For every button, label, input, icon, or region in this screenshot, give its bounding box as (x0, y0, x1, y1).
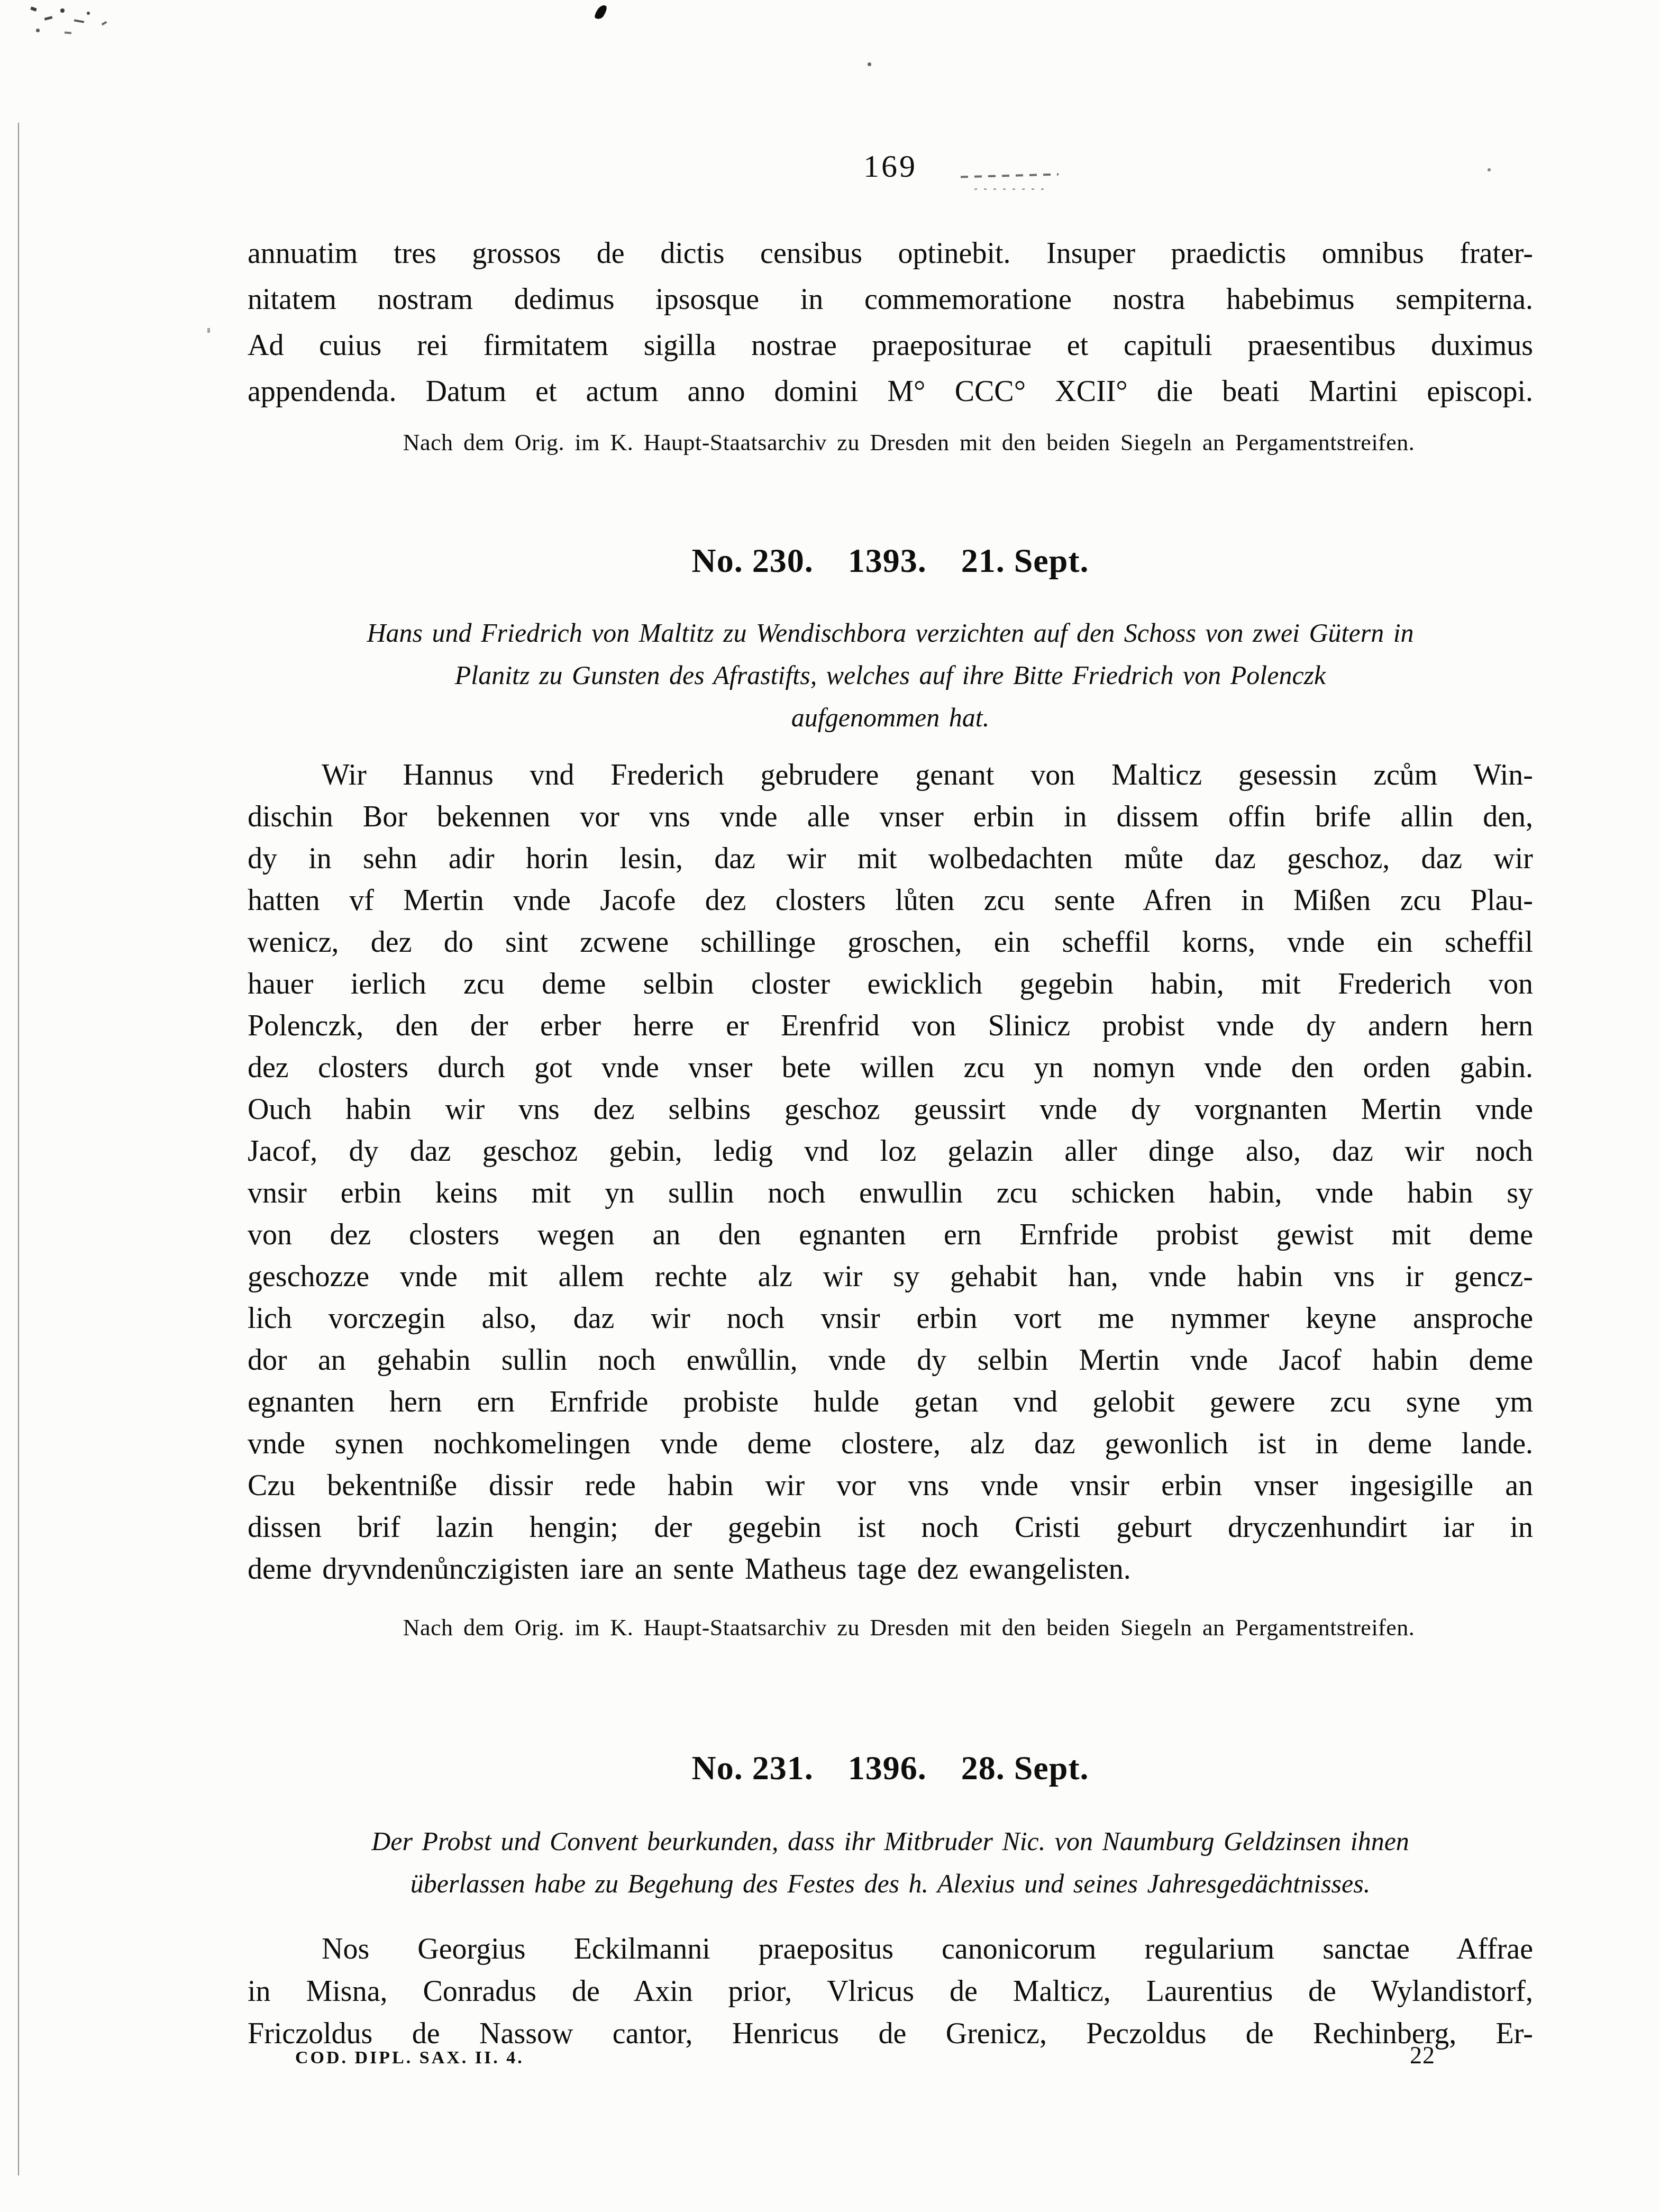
entry-230-heading: No. 230. 1393. 21. Sept. (248, 540, 1533, 582)
text-line: dischin Bor bekennen vor vns vnde alle v… (248, 796, 1533, 838)
ink-speck (44, 16, 53, 21)
ink-speck (30, 6, 37, 11)
source-note-entry-230: Nach dem Orig. im K. Haupt-Staatsarchiv … (248, 1614, 1533, 1642)
entry-231-body: Nos Georgius Eckilmanni praepositus cano… (248, 1928, 1533, 2055)
text-line: vnde synen nochkomelingen vnde deme clos… (248, 1423, 1533, 1465)
text-line: lich vorczegin also, daz wir noch vnsir … (248, 1298, 1533, 1340)
text-line: Polenczk, den der erber herre er Erenfri… (248, 1005, 1533, 1047)
text-line: von dez closters wegen an den egnanten e… (248, 1214, 1533, 1256)
text-line: Ouch habin wir vns dez selbins geschoz g… (248, 1089, 1533, 1131)
entry-230-body: Wir Hannus vnd Frederich gebrudere genan… (248, 754, 1533, 1590)
text-line: hatten vf Mertin vnde Jacofe dez closter… (248, 880, 1533, 922)
text-line: Hans und Friedrich von Maltitz zu Wendis… (248, 612, 1533, 654)
text-column: 169 annuatim tres grossos de dictis cens… (248, 0, 1533, 2069)
text-line: dy in sehn adir horin lesin, daz wir mit… (248, 838, 1533, 880)
ink-speck (102, 21, 107, 25)
text-line: dez closters durch got vnde vnser bete w… (248, 1047, 1533, 1089)
text-line: Jacof, dy daz geschoz gebin, ledig vnd l… (248, 1131, 1533, 1172)
entry-231-heading: No. 231. 1396. 28. Sept. (248, 1747, 1533, 1789)
scanned-book-page: 169 annuatim tres grossos de dictis cens… (0, 0, 1660, 2212)
text-line: dissen brif lazin hengin; der gegebin is… (248, 1507, 1533, 1549)
ink-speck (87, 12, 90, 15)
text-line: Nos Georgius Eckilmanni praepositus cano… (248, 1928, 1533, 1970)
text-line: in Misna, Conradus de Axin prior, Vlricu… (248, 1970, 1533, 2013)
text-line: hauer ierlich zcu deme selbin closter ew… (248, 963, 1533, 1005)
sheet-number: 22 (1410, 2041, 1435, 2069)
page-number: 169 (248, 149, 1533, 183)
ink-speck (36, 29, 40, 32)
text-line: wenicz, dez do sint zcwene schillinge gr… (248, 922, 1533, 963)
ink-speck (65, 31, 71, 34)
text-line: Planitz zu Gunsten des Afrastifts, welch… (248, 654, 1533, 696)
text-line: überlassen habe zu Begehung des Festes d… (248, 1862, 1533, 1905)
text-line: vnsir erbin keins mit yn sullin noch enw… (248, 1172, 1533, 1214)
entry-231-summary: Der Probst und Convent beurkunden, dass … (248, 1820, 1533, 1905)
text-line: appendenda. Datum et actum anno domini M… (248, 369, 1533, 415)
text-line: Ad cuius rei firmitatem sigilla nostrae … (248, 323, 1533, 369)
entry-230-summary: Hans und Friedrich von Maltitz zu Wendis… (248, 612, 1533, 739)
ink-speck (60, 8, 65, 13)
text-line: dor an gehabin sullin noch enwůllin, vnd… (248, 1340, 1533, 1381)
continuation-paragraph: annuatim tres grossos de dictis censibus… (248, 231, 1533, 415)
text-line: Wir Hannus vnd Frederich gebrudere genan… (248, 754, 1533, 796)
text-line: egnanten hern ern Ernfride probiste huld… (248, 1381, 1533, 1423)
series-signature: COD. DIPL. SAX. II. 4. (295, 2048, 524, 2068)
text-line: Der Probst und Convent beurkunden, dass … (248, 1820, 1533, 1862)
source-note-previous-entry: Nach dem Orig. im K. Haupt-Staatsarchiv … (248, 429, 1533, 457)
ink-speck (207, 328, 210, 333)
text-line: geschozze vnde mit allem rechte alz wir … (248, 1256, 1533, 1298)
ink-speck (74, 19, 84, 23)
scan-edge-line (18, 123, 19, 2175)
text-line: aufgenommen hat. (248, 696, 1533, 739)
text-line: deme dryvndenůnczigisten iare an sente M… (248, 1549, 1533, 1590)
text-line: nitatem nostram dedimus ipsosque in comm… (248, 277, 1533, 323)
text-line: annuatim tres grossos de dictis censibus… (248, 231, 1533, 277)
text-line: Czu bekentniße dissir rede habin wir vor… (248, 1465, 1533, 1507)
